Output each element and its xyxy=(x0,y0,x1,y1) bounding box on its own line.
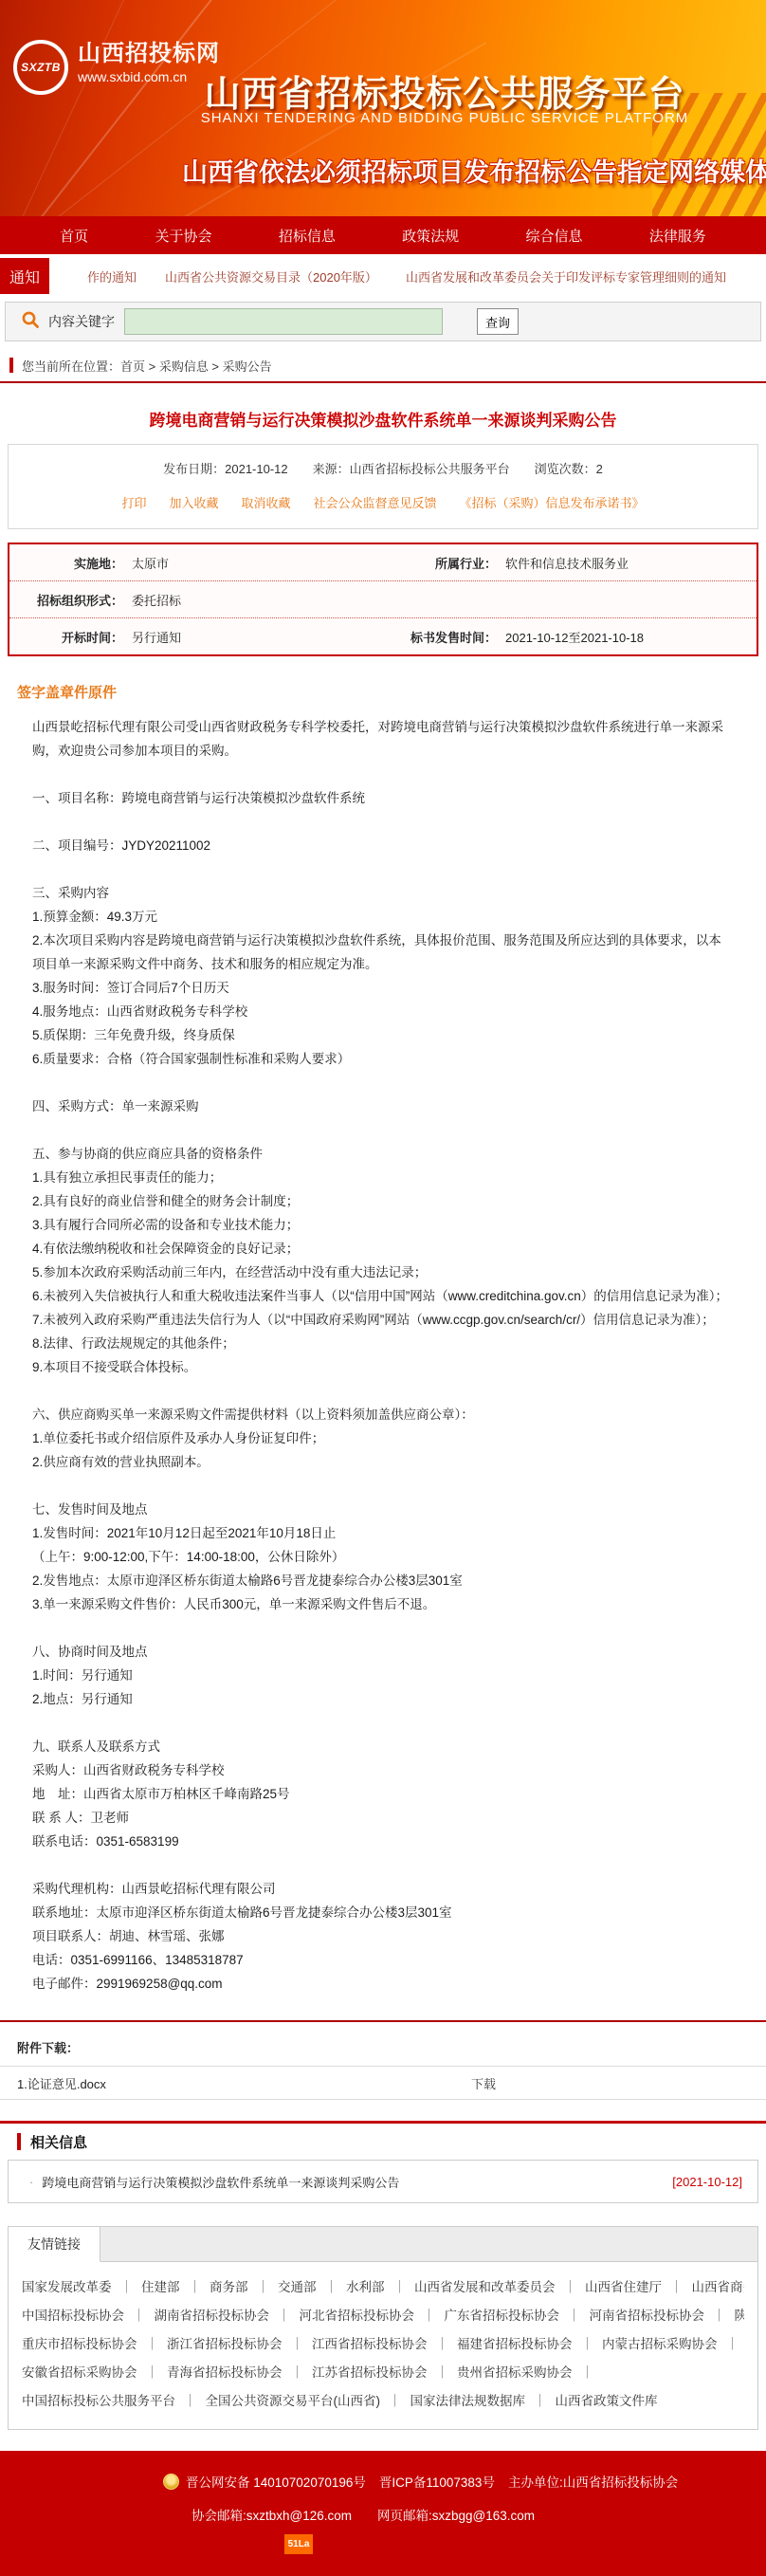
body-paragraph: 2.发售地点：太原市迎泽区桥东街道太榆路6号晋龙捷泰综合办公楼3层301室 xyxy=(32,1569,734,1592)
link-separator: ｜ xyxy=(564,2280,577,2294)
announcement-title: 跨境电商营销与运行决策模拟沙盘软件系统单一来源谈判采购公告 xyxy=(9,407,757,431)
body-paragraph: 采购人：山西省财政税务专科学校 xyxy=(32,1758,734,1782)
body-paragraph: 二、项目编号：JYDY20211002 xyxy=(32,834,734,857)
main-nav: 首页关于协会招标信息政策法规综合信息法律服务 xyxy=(0,216,766,254)
action-links: 打印加入收藏取消收藏社会公众监督意见反馈《招标（采购）信息发布承诺书》 xyxy=(9,493,757,512)
body-paragraph: 1.发售时间：2021年10月12日起至2021年10月18日止 xyxy=(32,1521,734,1545)
body-paragraph: 4.服务地点：山西省财政税务专科学校 xyxy=(32,1000,734,1023)
search-bar: 内容关键字 查询 xyxy=(5,302,761,341)
related-list: ·跨境电商营销与运行决策模拟沙盘软件系统单一来源谈判采购公告[2021-10-1… xyxy=(8,2160,758,2203)
breadcrumb-accent-bar xyxy=(9,358,13,373)
body-paragraph: 2.地点：另行通知 xyxy=(32,1687,734,1711)
attachment-list: 1.论证意见.docx下载 xyxy=(0,2066,766,2100)
link-separator: ｜ xyxy=(389,2394,402,2408)
body-paragraph: 8.法律、行政法规规定的其他条件； xyxy=(32,1332,734,1355)
friend-link[interactable]: 山西省政策文件库 xyxy=(556,2394,658,2408)
body-paragraph: 七、发售时间及地点 xyxy=(32,1498,734,1521)
link-separator: ｜ xyxy=(278,2309,291,2323)
body-paragraph: 四、采购方式：单一来源采购 xyxy=(32,1095,734,1118)
search-input[interactable] xyxy=(124,308,443,335)
body-paragraph xyxy=(32,1118,734,1142)
info-label: 开标时间： xyxy=(9,628,123,646)
bullet-icon: · xyxy=(29,2175,33,2189)
search-icon xyxy=(21,310,40,334)
friends-body: 国家发展改革委｜住建部｜商务部｜交通部｜水利部｜山西省发展和改革委员会｜山西省住… xyxy=(9,2262,757,2429)
friend-links-row: 中国招标投标公共服务平台｜全国公共资源交易平台(山西省)｜国家法律法规数据库｜山… xyxy=(22,2387,744,2416)
info-value: 另行通知 xyxy=(123,628,181,646)
friend-link[interactable]: 交通部 xyxy=(278,2280,317,2294)
body-paragraph: 9.本项目不接受联合体投标。 xyxy=(32,1355,734,1379)
friend-link[interactable]: 中国招标投标协会 xyxy=(22,2309,124,2323)
body-paragraph: 电子邮件：2991969258@qq.com xyxy=(32,1972,734,1996)
friend-link[interactable]: 山西省住建厅 xyxy=(585,2280,662,2294)
attachment-heading: 附件下载： xyxy=(17,2038,766,2056)
related-info-title: 相关信息 xyxy=(30,2132,87,2152)
notice-bar: 通知 作的通知山西省公共资源交易目录（2020年版）山西省发展和改革委员会关于印… xyxy=(0,258,766,294)
body-paragraph: 联 系 人：卫老师 xyxy=(32,1806,734,1830)
link-separator: ｜ xyxy=(291,2337,304,2351)
friend-link[interactable]: 内蒙古招标采购协会 xyxy=(602,2337,718,2351)
body-paragraph xyxy=(32,1711,734,1735)
nav-item[interactable]: 政策法规 xyxy=(402,226,459,246)
friend-link[interactable]: 安徽省招标采购协会 xyxy=(22,2365,137,2380)
body-paragraph: 八、协商时间及地点 xyxy=(32,1640,734,1664)
action-link[interactable]: 社会公众监督意见反馈 xyxy=(314,496,437,510)
info-value: 太原市 xyxy=(123,554,169,572)
footer-registration-line: 晋公网安备 14010702070196号 晋ICP备11007383号 主办单… xyxy=(163,2472,691,2491)
friend-link[interactable]: 商务部 xyxy=(210,2280,248,2294)
footer-email-line: 协会邮箱:sxztbxh@126.com 网页邮箱:sxzbgg@163.com xyxy=(0,2505,726,2524)
link-separator: ｜ xyxy=(120,2280,134,2294)
link-separator: ｜ xyxy=(670,2280,684,2294)
meta-item: 来源：山西省招标投标公共服务平台 xyxy=(313,462,510,476)
link-separator: ｜ xyxy=(581,2365,594,2380)
link-separator: ｜ xyxy=(184,2394,197,2408)
body-paragraph: 2.具有良好的商业信誉和健全的财务会计制度； xyxy=(32,1189,734,1213)
announcement-info-table: 实施地：太原市所属行业：软件和信息技术服务业招标组织形式：委托招标开标时间：另行… xyxy=(8,543,758,656)
friend-links-row: 中国招标投标协会｜湖南省招标投标协会｜河北省招标投标协会｜广东省招标投标协会｜河… xyxy=(22,2302,744,2330)
info-cell: 标书发售时间：2021-10-12至2021-10-18 xyxy=(383,628,757,646)
signature-original-heading: 签字盖章件原件 xyxy=(17,682,766,702)
site-footer: 晋公网安备 14010702070196号 晋ICP备11007383号 主办单… xyxy=(0,2451,766,2576)
friend-link[interactable]: 水利部 xyxy=(346,2280,385,2294)
header-divider-rule xyxy=(0,381,766,383)
nav-item[interactable]: 招标信息 xyxy=(279,226,336,246)
notice-item[interactable]: 山西省公共资源交易目录（2020年版） xyxy=(165,267,377,285)
nav-item[interactable]: 关于协会 xyxy=(155,226,211,246)
site-banner: SXZTB 山西招投标网 www.sxbid.com.cn 山西省招标投标公共服… xyxy=(0,0,766,216)
friend-link[interactable]: 重庆市招标投标协会 xyxy=(22,2337,137,2351)
related-item[interactable]: ·跨境电商营销与运行决策模拟沙盘软件系统单一来源谈判采购公告[2021-10-1… xyxy=(9,2161,757,2202)
police-registration[interactable]: 晋公网安备 14010702070196号 xyxy=(186,2472,366,2491)
nav-item[interactable]: 法律服务 xyxy=(649,226,706,246)
related-item-text: 跨境电商营销与运行决策模拟沙盘软件系统单一来源谈判采购公告 xyxy=(42,2173,399,2191)
friend-link[interactable]: 湖南省招标投标协会 xyxy=(155,2309,270,2323)
logo-globe-icon: SXZTB xyxy=(13,40,68,95)
related-accent-bar xyxy=(17,2133,21,2150)
body-paragraph: 5.参加本次政府采购活动前三年内，在经营活动中没有重大违法记录； xyxy=(32,1260,734,1284)
body-paragraph: 6.未被列入失信被执行人和重大税收违法案件当事人（以“信用中国”网站（www.c… xyxy=(32,1284,734,1308)
friend-link[interactable]: 福建省招标投标协会 xyxy=(457,2337,573,2351)
friend-link[interactable]: 河北省招标投标协会 xyxy=(300,2309,415,2323)
police-badge-icon xyxy=(163,2474,179,2490)
link-separator: ｜ xyxy=(726,2337,739,2351)
link-separator: ｜ xyxy=(713,2309,726,2323)
nav-item[interactable]: 首页 xyxy=(60,226,88,246)
announcement-meta-box: 发布日期：2021-10-12来源：山西省招标投标公共服务平台浏览次数：2 打印… xyxy=(8,444,758,529)
body-paragraph: 1.时间：另行通知 xyxy=(32,1664,734,1687)
body-paragraph xyxy=(32,857,734,881)
body-paragraph: 4.有依法缴纳税收和社会保障资金的良好记录； xyxy=(32,1237,734,1260)
notice-label: 通知 xyxy=(0,258,49,294)
meta-line: 发布日期：2021-10-12来源：山西省招标投标公共服务平台浏览次数：2 xyxy=(9,459,757,477)
body-paragraph: 项目联系人：胡迪、林雪瑶、张娜 xyxy=(32,1924,734,1948)
link-separator: ｜ xyxy=(291,2365,304,2380)
action-link[interactable]: 加入收藏 xyxy=(169,496,218,510)
nav-item[interactable]: 综合信息 xyxy=(525,226,582,246)
friend-links-tab[interactable]: 友情链接 xyxy=(9,2227,100,2262)
body-paragraph: 2.供应商有效的营业执照副本。 xyxy=(32,1450,734,1474)
body-paragraph: （上午：9:00-12:00,下午：14:00-18:00，公休日除外） xyxy=(32,1545,734,1569)
info-cell: 开标时间：另行通知 xyxy=(9,628,383,646)
friend-links-tabrow: 友情链接 xyxy=(9,2227,757,2262)
link-separator: ｜ xyxy=(325,2280,338,2294)
link-separator: ｜ xyxy=(568,2309,581,2323)
friend-link[interactable]: 青海省招标投标协会 xyxy=(167,2365,283,2380)
friend-link[interactable]: 中国招标投标公共服务平台 xyxy=(22,2394,175,2408)
body-paragraph: 五、参与协商的供应商应具备的资格条件 xyxy=(32,1142,734,1166)
info-row: 实施地：太原市所属行业：软件和信息技术服务业 xyxy=(9,544,757,580)
info-label: 标书发售时间： xyxy=(383,628,497,646)
info-label: 招标组织形式： xyxy=(9,591,123,609)
body-paragraph xyxy=(32,810,734,834)
link-separator: ｜ xyxy=(581,2337,594,2351)
friend-links-row: 安徽省招标采购协会｜青海省招标投标协会｜江苏省招标投标协会｜贵州省招标采购协会｜ xyxy=(22,2359,744,2387)
body-paragraph: 采购代理机构：山西景屹招标代理有限公司 xyxy=(32,1877,734,1901)
link-separator: ｜ xyxy=(146,2337,159,2351)
platform-title: 山西省招标投标公共服务平台 xyxy=(123,64,766,117)
link-separator: ｜ xyxy=(257,2280,270,2294)
body-paragraph: 2.本次项目采购内容是跨境电商营销与运行决策模拟沙盘软件系统，具体报价范围、服务… xyxy=(32,929,734,976)
friend-link[interactable]: 山西省商务厅 xyxy=(692,2280,745,2294)
body-paragraph: 3.服务时间：签订合同后7个日历天 xyxy=(32,976,734,1000)
info-row: 招标组织形式：委托招标 xyxy=(9,580,757,617)
body-paragraph: 地 址：山西省太原市万柏林区千峰南路25号 xyxy=(32,1782,734,1806)
meta-item: 浏览次数：2 xyxy=(535,462,603,476)
link-separator: ｜ xyxy=(189,2280,202,2294)
breadcrumb-text[interactable]: 您当前所在位置：首页 > 采购信息 > 采购公告 xyxy=(22,357,272,375)
friend-link[interactable]: 山西省发展和改革委员会 xyxy=(414,2280,556,2294)
friend-link[interactable]: 江苏省招标投标协会 xyxy=(312,2365,428,2380)
body-paragraph: 一、项目名称：跨境电商营销与运行决策模拟沙盘软件系统 xyxy=(32,786,734,810)
body-paragraph: 电话：0351-6991166、13485318787 xyxy=(32,1948,734,1972)
search-keyword-label: 内容关键字 xyxy=(48,312,115,331)
info-cell: 实施地：太原市 xyxy=(9,554,383,572)
friend-links-section: 友情链接 国家发展改革委｜住建部｜商务部｜交通部｜水利部｜山西省发展和改革委员会… xyxy=(8,2226,758,2430)
related-item-date: [2021-10-12] xyxy=(672,2175,742,2189)
body-paragraph xyxy=(32,763,734,786)
body-paragraph: 7.未被列入政府采购严重违法失信行为人（以“中国政府采购网”网站（www.ccg… xyxy=(32,1308,734,1332)
friend-link[interactable]: 浙江省招标投标协会 xyxy=(167,2337,283,2351)
body-paragraph: 山西景屹招标代理有限公司受山西省财政税务专科学校委托，对跨境电商营销与运行决策模… xyxy=(32,715,734,763)
link-separator: ｜ xyxy=(534,2394,547,2408)
body-paragraph: 5.质保期：三年免费升级，终身质保 xyxy=(32,1023,734,1047)
friend-link[interactable]: 国家发展改革委 xyxy=(22,2280,112,2294)
link-separator: ｜ xyxy=(436,2337,449,2351)
link-separator: ｜ xyxy=(133,2309,146,2323)
link-separator: ｜ xyxy=(436,2365,449,2380)
body-paragraph xyxy=(32,1616,734,1640)
friend-links-row: 重庆市招标投标协会｜浙江省招标投标协会｜江西省招标投标协会｜福建省招标投标协会｜… xyxy=(22,2330,744,2359)
breadcrumb: 您当前所在位置：首页 > 采购信息 > 采购公告 xyxy=(9,349,766,381)
attachment-row: 1.论证意见.docx下载 xyxy=(0,2066,766,2100)
body-paragraph: 3.具有履行合同所必需的设备和专业技术能力； xyxy=(32,1213,734,1237)
body-paragraph: 六、供应商购买单一来源采购文件需提供材料（以上资料须加盖供应商公章）： xyxy=(32,1403,734,1426)
platform-tagline: 山西省依法必须招标项目发布招标公告指定网络媒体 xyxy=(182,152,766,189)
info-label: 所属行业： xyxy=(383,554,497,572)
body-paragraph: 九、联系人及联系方式 xyxy=(32,1735,734,1758)
action-link[interactable]: 《招标（采购）信息发布承诺书》 xyxy=(460,496,645,510)
link-separator: ｜ xyxy=(146,2365,159,2380)
body-paragraph xyxy=(32,1379,734,1403)
body-paragraph: 三、采购内容 xyxy=(32,881,734,905)
info-value: 软件和信息技术服务业 xyxy=(497,554,629,572)
link-separator: ｜ xyxy=(393,2280,407,2294)
info-row: 开标时间：另行通知标书发售时间：2021-10-12至2021-10-18 xyxy=(9,617,757,654)
attachment-name: 1.论证意见.docx xyxy=(17,2074,106,2092)
related-info-section: 相关信息 ·跨境电商营销与运行决策模拟沙盘软件系统单一来源谈判采购公告[2021… xyxy=(0,2121,766,2203)
body-paragraph: 1.预算金额：49.3万元 xyxy=(32,905,734,929)
attachment-download-link[interactable]: 下载 xyxy=(471,2074,496,2092)
body-paragraph: 1.具有独立承担民事责任的能力； xyxy=(32,1166,734,1189)
body-paragraph: 6.质量要求：合格（符合国家强制性标准和采购人要求） xyxy=(32,1047,734,1071)
body-paragraph: 3.单一来源采购文件售价：人民币300元，单一来源采购文件售后不退。 xyxy=(32,1592,734,1616)
notice-ticker: 作的通知山西省公共资源交易目录（2020年版）山西省发展和改革委员会关于印发评标… xyxy=(49,258,726,294)
friend-link[interactable]: 江西省招标投标协会 xyxy=(312,2337,428,2351)
friend-link[interactable]: 全国公共资源交易平台(山西省) xyxy=(206,2394,381,2408)
info-value: 委托招标 xyxy=(123,591,181,609)
info-cell: 所属行业：软件和信息技术服务业 xyxy=(383,554,757,572)
body-paragraph xyxy=(32,1853,734,1877)
info-label: 实施地： xyxy=(9,554,123,572)
link-separator: ｜ xyxy=(423,2309,436,2323)
action-link[interactable]: 取消收藏 xyxy=(241,496,290,510)
friend-link[interactable]: 贵州省招标采购协会 xyxy=(457,2365,573,2380)
visitor-counter-badge[interactable]: 51La xyxy=(284,2534,313,2554)
notice-item[interactable]: 作的通知 xyxy=(87,267,137,285)
banner-decor-streak xyxy=(0,0,142,216)
friend-link[interactable]: 广东省招标投标协会 xyxy=(445,2309,560,2323)
body-paragraph: 联系电话：0351-6583199 xyxy=(32,1830,734,1853)
body-paragraph xyxy=(32,1071,734,1095)
body-paragraph: 1.单位委托书或介绍信原件及承办人身份证复印件； xyxy=(32,1426,734,1450)
body-paragraph xyxy=(32,1474,734,1498)
friend-link[interactable]: 住建部 xyxy=(141,2280,180,2294)
related-info-header: 相关信息 xyxy=(0,2124,766,2160)
friend-link[interactable]: 河南省招标投标协会 xyxy=(590,2309,705,2323)
announcement-body: 山西景屹招标代理有限公司受山西省财政税务专科学校委托，对跨境电商营销与运行决策模… xyxy=(32,715,734,1996)
meta-item: 发布日期：2021-10-12 xyxy=(163,462,288,476)
search-submit-button[interactable]: 查询 xyxy=(477,308,519,335)
notice-item[interactable]: 山西省发展和改革委员会关于印发评标专家管理细则的通知 xyxy=(406,267,726,285)
icp-registration[interactable]: 晋ICP备11007383号 xyxy=(379,2472,495,2491)
attachment-divider-rule xyxy=(0,2020,766,2022)
info-value: 2021-10-12至2021-10-18 xyxy=(497,628,644,646)
friend-link[interactable]: 陕西省招标投标协会 xyxy=(735,2309,745,2323)
info-cell: 招标组织形式：委托招标 xyxy=(9,591,757,609)
action-link[interactable]: 打印 xyxy=(121,496,146,510)
body-paragraph: 联系地址：太原市迎泽区桥东街道太榆路6号晋龙捷泰综合办公楼3层301室 xyxy=(32,1901,734,1924)
footer-organizer: 主办单位:山西省招标投标协会 xyxy=(508,2472,678,2491)
friend-link[interactable]: 国家法律法规数据库 xyxy=(410,2394,526,2408)
platform-title-english: SHANXI TENDERING AND BIDDING PUBLIC SERV… xyxy=(123,110,766,126)
friend-links-row: 国家发展改革委｜住建部｜商务部｜交通部｜水利部｜山西省发展和改革委员会｜山西省住… xyxy=(22,2273,744,2302)
